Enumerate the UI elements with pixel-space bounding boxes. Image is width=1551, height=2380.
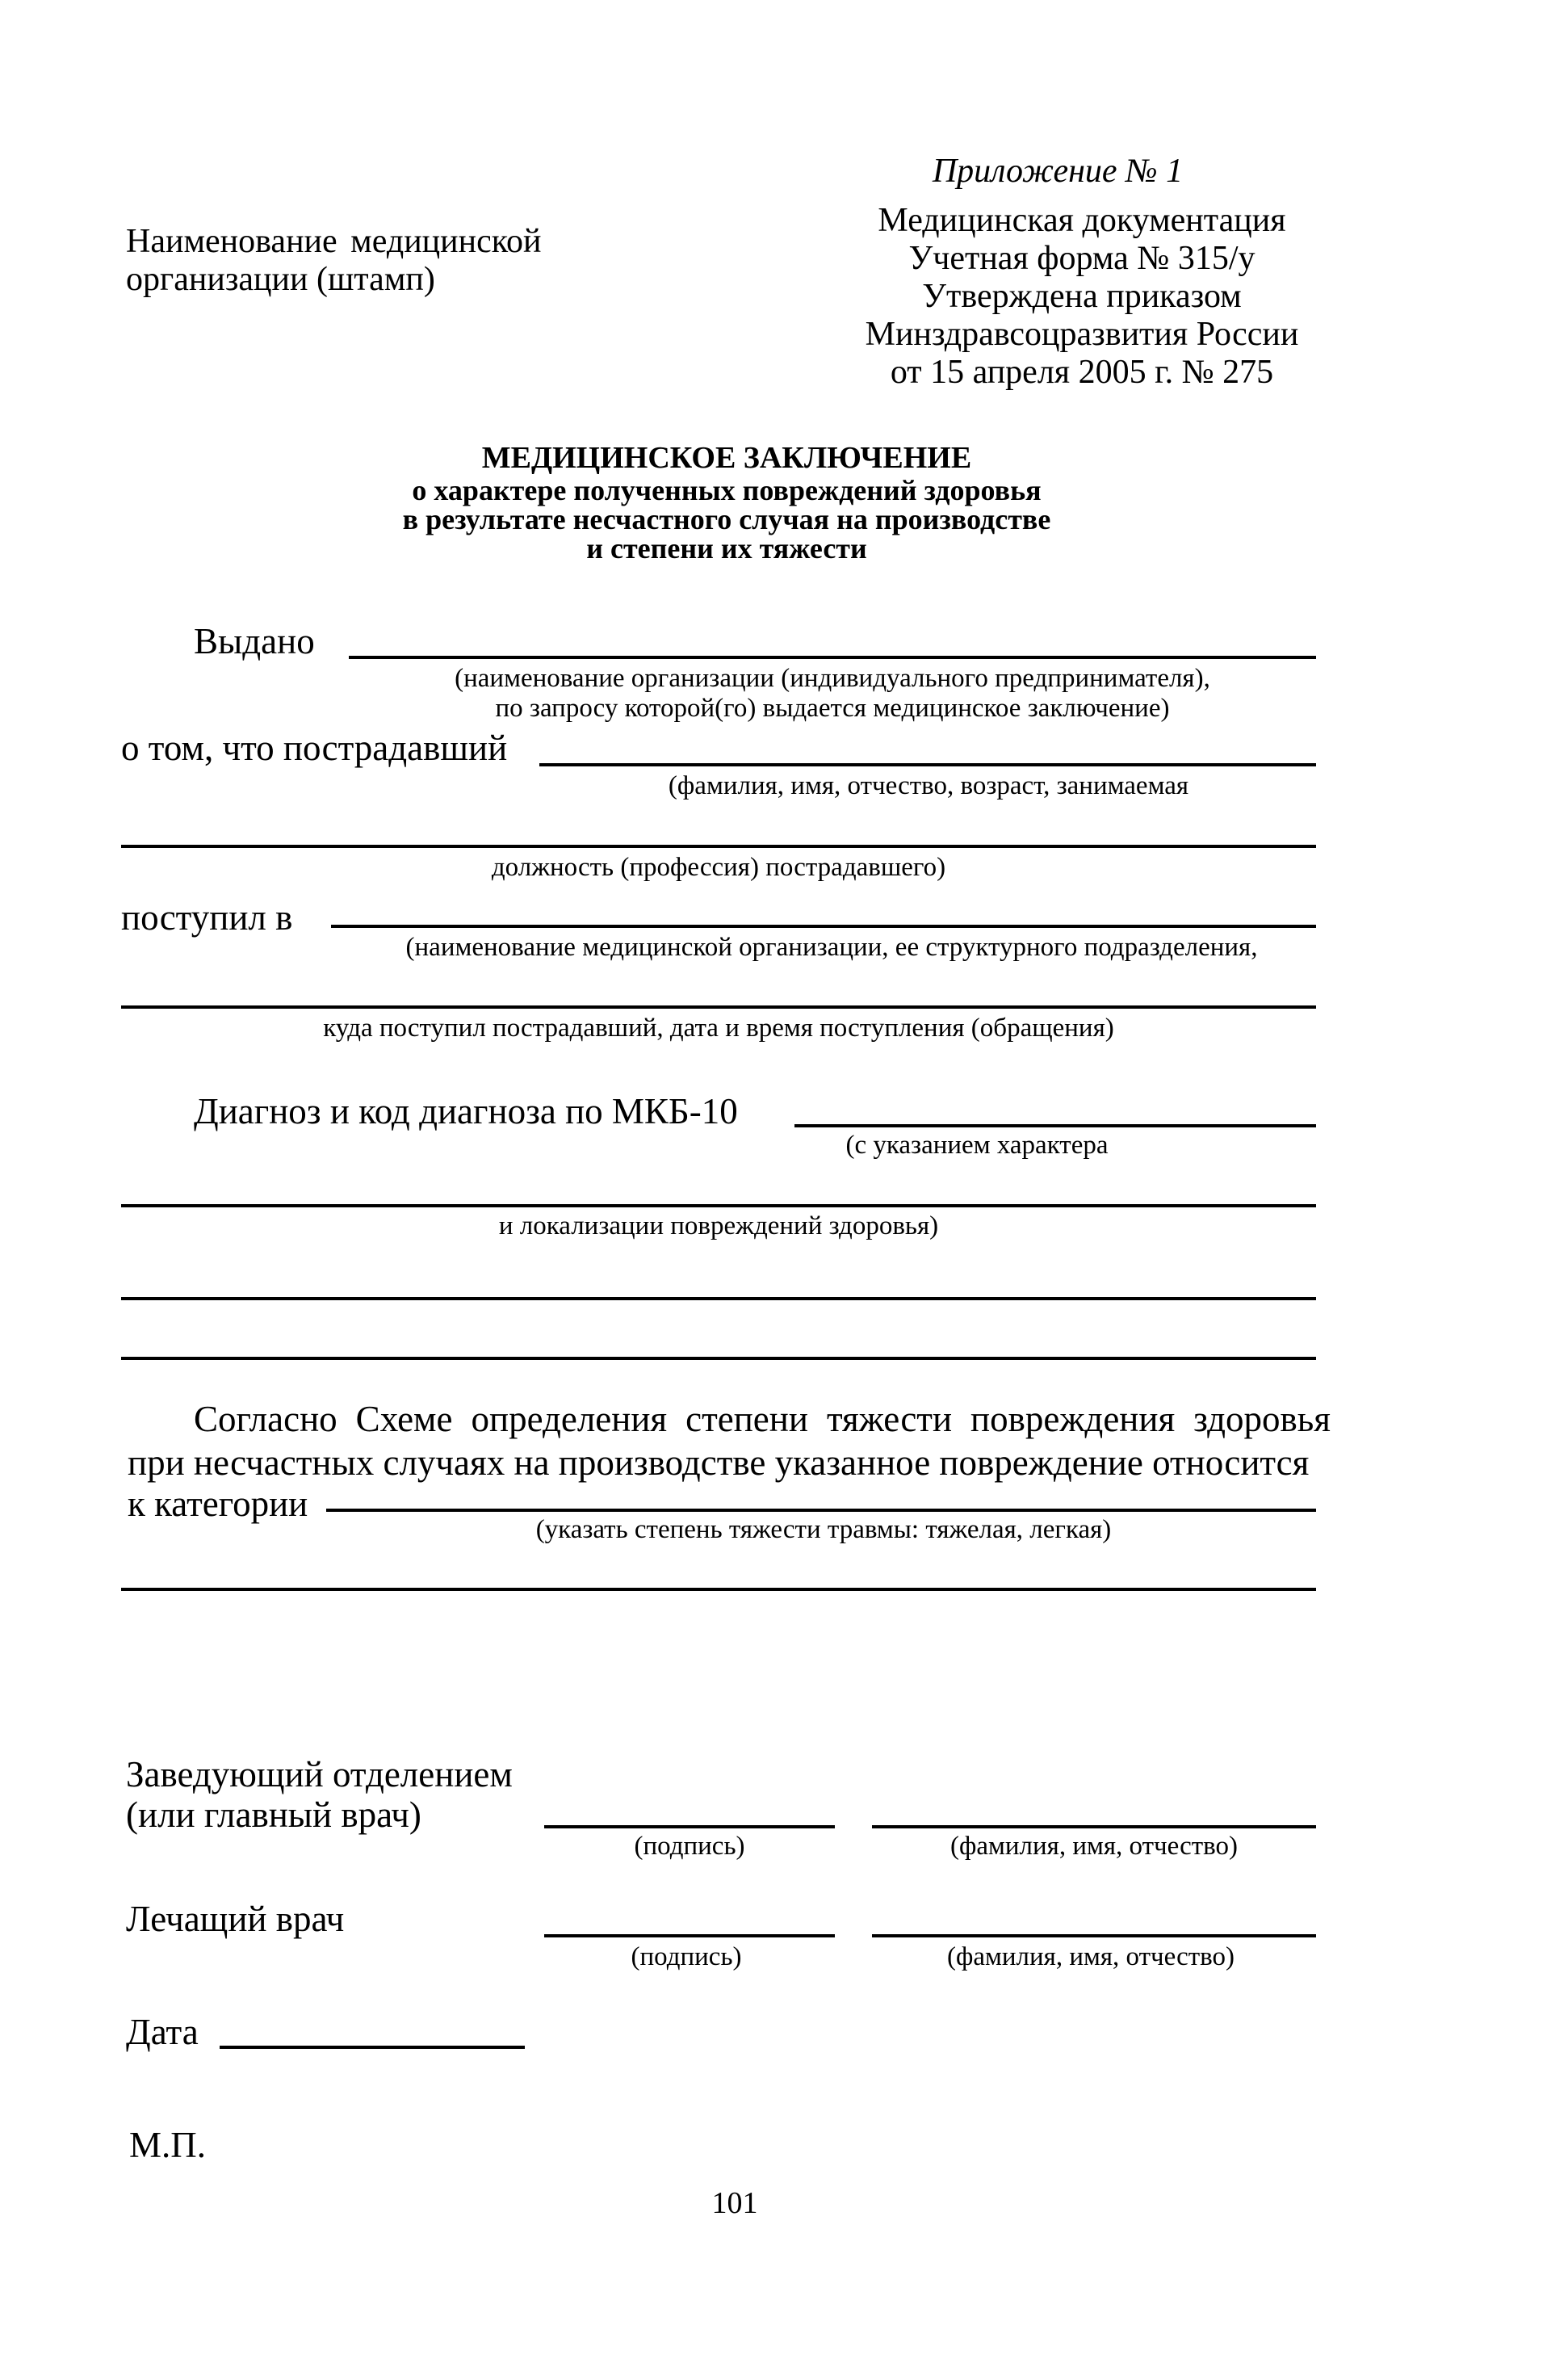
head-name-field[interactable] (872, 1825, 1316, 1828)
category-extra-line[interactable] (121, 1588, 1316, 1591)
organization-stamp-area: Наименование медицинской организации (шт… (126, 223, 578, 299)
issued-hint-line: по запросу которой(го) выдается медицинс… (349, 694, 1316, 724)
title-main: МЕДИЦИНСКОЕ ЗАКЛЮЧЕНИЕ (339, 440, 1114, 476)
doctor-signature-hint: (подпись) (541, 1942, 832, 1972)
diagnosis-line-2[interactable] (121, 1204, 1316, 1207)
doctor-signature-field[interactable] (544, 1934, 835, 1937)
title-sub-line: и степени их тяжести (339, 534, 1114, 563)
issued-label: Выдано (194, 620, 315, 662)
title-sub-line: о характере полученных повреждений здоро… (339, 476, 1114, 505)
diagnosis-hint: (с указанием характера (775, 1131, 1179, 1161)
victim-position-hint: должность (профессия) пострадавшего) (121, 853, 1316, 883)
stamp-label: М.П. (129, 2124, 206, 2166)
diagnosis-hint-2: и локализации повреждений здоровья) (121, 1211, 1316, 1241)
head-label-line: (или главный врач) (126, 1794, 513, 1835)
victim-position-field[interactable] (121, 845, 1316, 848)
diagnosis-label: Диагноз и код диагноза по МКБ-10 (194, 1090, 738, 1132)
meta-line: Медицинская документация (840, 202, 1324, 240)
category-label: к категории (128, 1483, 308, 1525)
head-of-department-label: Заведующий отделением (или главный врач) (126, 1754, 513, 1835)
diagnosis-line-4[interactable] (121, 1357, 1316, 1360)
admitted-details-field[interactable] (121, 1005, 1316, 1009)
admitted-hint: (наименование медицинской организации, е… (331, 933, 1332, 963)
category-hint: (указать степень тяжести травмы: тяжелая… (339, 1515, 1308, 1545)
issued-field[interactable] (349, 656, 1316, 659)
date-label: Дата (126, 2011, 199, 2053)
diagnosis-field[interactable] (794, 1124, 1316, 1127)
category-field[interactable] (326, 1509, 1316, 1512)
issued-hint-line: (наименование организации (индивидуально… (349, 664, 1316, 694)
diagnosis-line-3[interactable] (121, 1297, 1316, 1300)
date-field[interactable] (220, 2046, 525, 2049)
doctor-name-field[interactable] (872, 1934, 1316, 1937)
issued-hint: (наименование организации (индивидуально… (349, 664, 1316, 724)
admitted-field[interactable] (331, 925, 1316, 928)
victim-hint: (фамилия, имя, отчество, возраст, занима… (565, 771, 1292, 801)
victim-field[interactable] (539, 763, 1316, 766)
meta-line: от 15 апреля 2005 г. № 275 (840, 354, 1324, 392)
document-title: МЕДИЦИНСКОЕ ЗАКЛЮЧЕНИЕ о характере получ… (339, 440, 1114, 563)
doctor-name-hint: (фамилия, имя, отчество) (869, 1942, 1313, 1972)
victim-label: о том, что пострадавший (121, 727, 507, 769)
head-signature-hint: (подпись) (544, 1832, 835, 1862)
organization-stamp-line: Наименование медицинской (126, 223, 578, 261)
admitted-details-hint: куда поступил пострадавший, дата и время… (121, 1014, 1316, 1043)
title-sub-line: в результате несчастного случая на произ… (339, 505, 1114, 534)
head-signature-field[interactable] (544, 1825, 835, 1828)
category-paragraph: Согласно Схеме определения степени тяжес… (128, 1397, 1331, 1484)
head-label-line: Заведующий отделением (126, 1754, 513, 1794)
form-metadata: Медицинская документация Учетная форма №… (840, 202, 1324, 392)
meta-line: Учетная форма № 315/у (840, 240, 1324, 278)
appendix-label: Приложение № 1 (807, 152, 1308, 191)
page-number: 101 (686, 2185, 783, 2221)
attending-doctor-label: Лечащий врач (126, 1898, 344, 1940)
meta-line: Утверждена приказом (840, 278, 1324, 316)
organization-stamp-line: организации (штамп) (126, 261, 578, 299)
head-name-hint: (фамилия, имя, отчество) (872, 1832, 1316, 1862)
admitted-label: поступил в (121, 896, 292, 938)
meta-line: Минздравсоцразвития России (840, 316, 1324, 354)
